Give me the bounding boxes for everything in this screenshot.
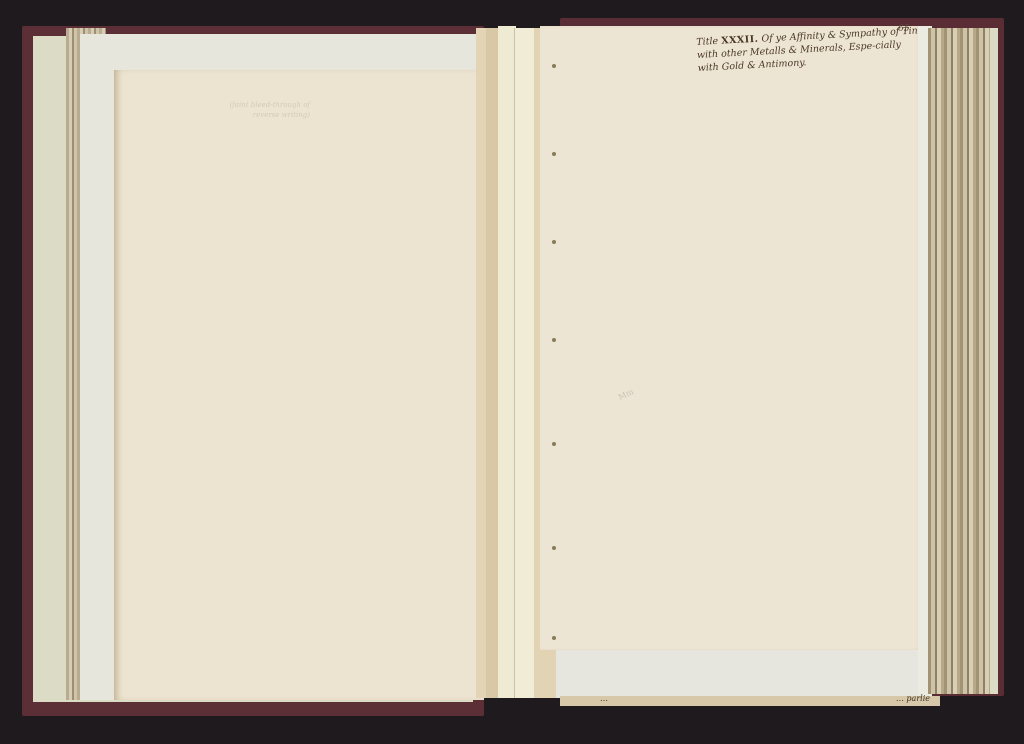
- right-page: [540, 26, 922, 650]
- bottom-writing-left: …: [600, 694, 608, 703]
- binding-hole: [552, 546, 556, 550]
- heading-prefix: Title: [696, 36, 718, 48]
- right-guard-sheet: [556, 650, 928, 698]
- heading-number: XXXII.: [721, 34, 759, 47]
- bottom-writing-right: … parlie: [896, 694, 930, 703]
- left-page: [114, 70, 484, 700]
- right-endpaper: [990, 28, 998, 694]
- binding-hole: [552, 64, 556, 68]
- binding-hole: [552, 240, 556, 244]
- binding-hole: [552, 152, 556, 156]
- right-page-edges: [928, 28, 992, 694]
- binding-hole: [552, 636, 556, 640]
- bottom-edge-writing: … … parlie: [600, 694, 930, 703]
- binding-hole: [552, 442, 556, 446]
- binding-hole: [552, 338, 556, 342]
- bleed-through-text: (faint bleed-through of reverse writing): [210, 100, 310, 120]
